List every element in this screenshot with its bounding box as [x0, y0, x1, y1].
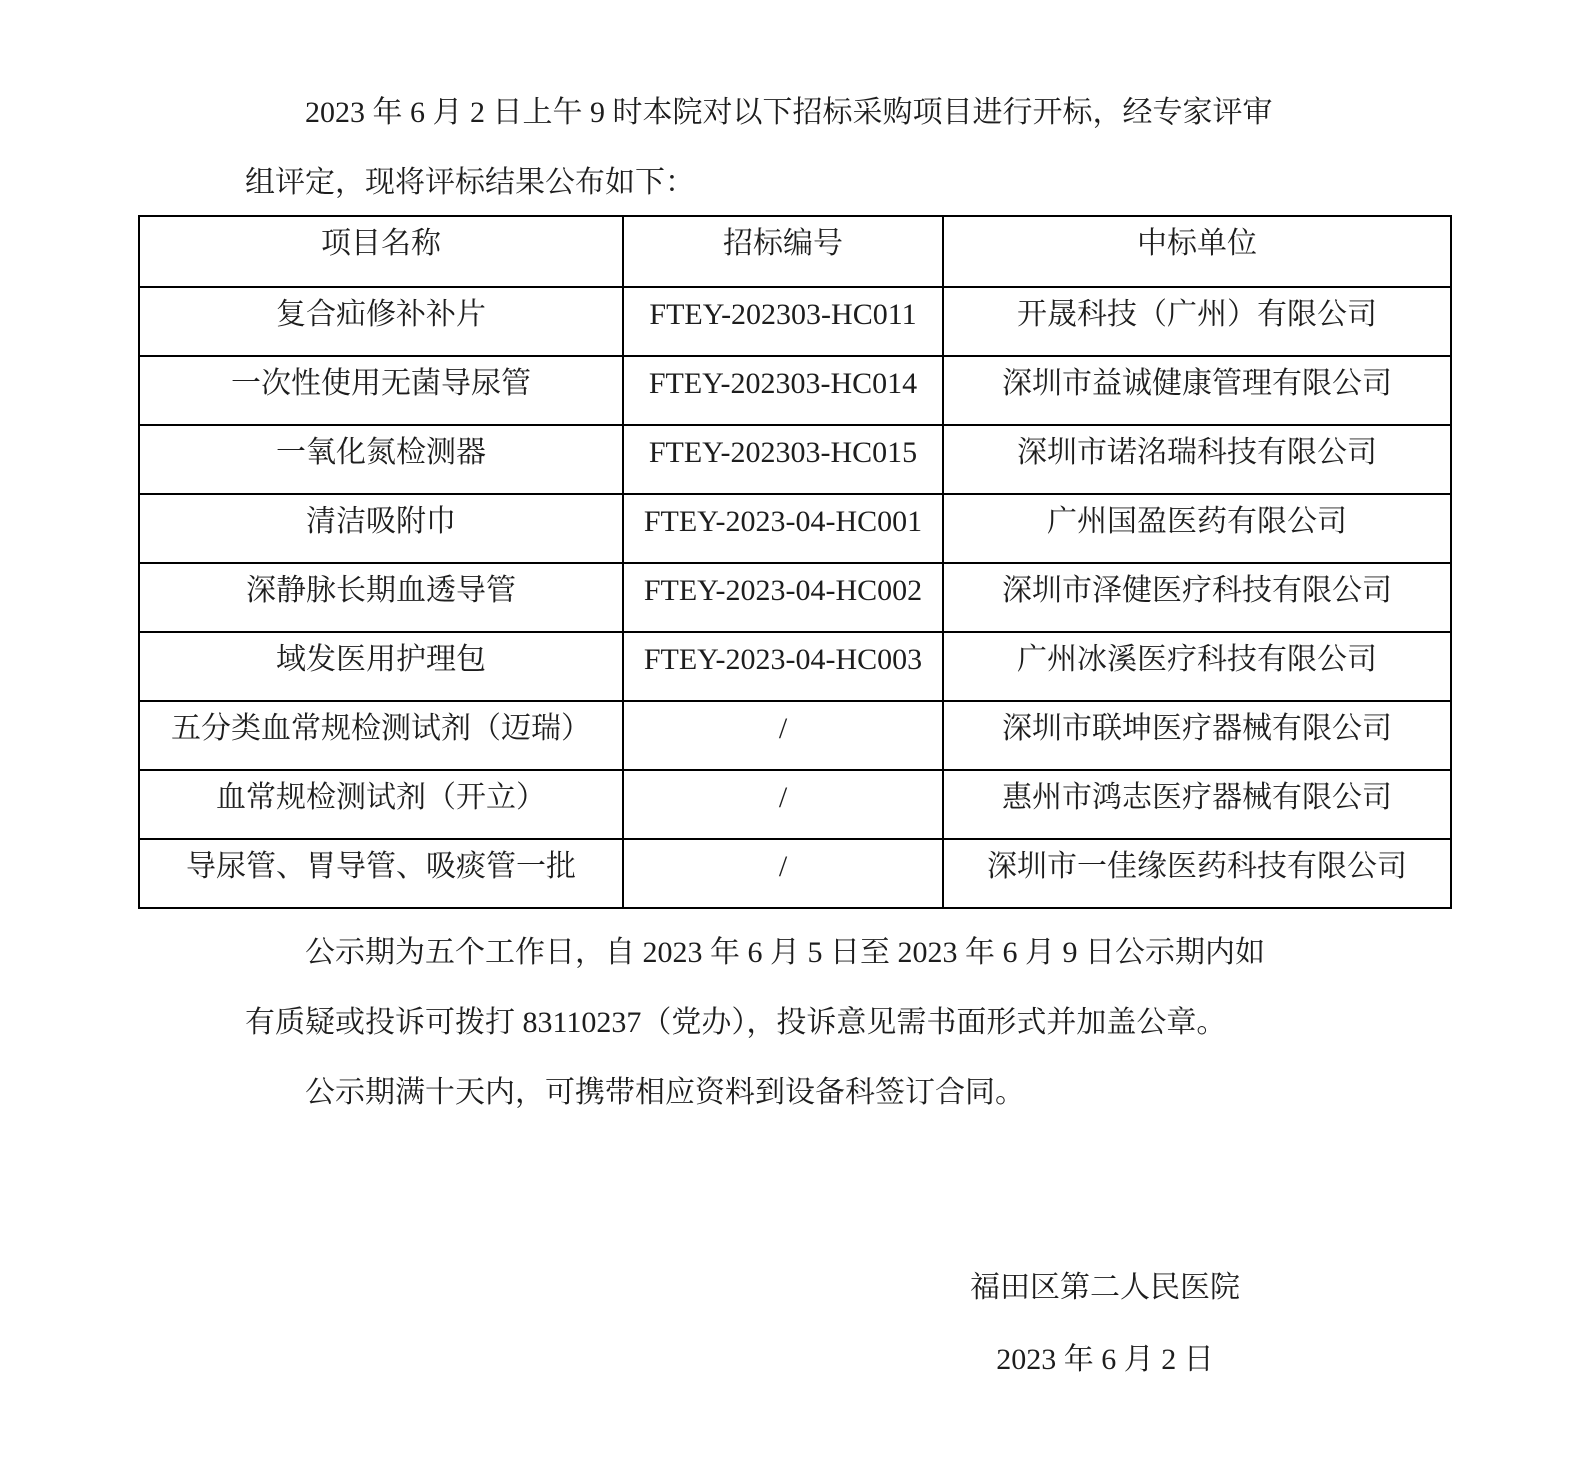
notice-line-3: 公示期满十天内，可携带相应资料到设备科签订合同。	[245, 1058, 1265, 1128]
cell-winning-bidder: 广州国盈医药有限公司	[943, 494, 1451, 563]
table-row: 深静脉长期血透导管 FTEY-2023-04-HC002 深圳市泽健医疗科技有限…	[139, 563, 1451, 632]
cell-project-name: 深静脉长期血透导管	[139, 563, 623, 632]
cell-project-name: 复合疝修补补片	[139, 287, 623, 356]
table-row: 一次性使用无菌导尿管 FTEY-202303-HC014 深圳市益诚健康管理有限…	[139, 356, 1451, 425]
cell-winning-bidder: 广州冰溪医疗科技有限公司	[943, 632, 1451, 701]
header-project-name: 项目名称	[139, 216, 623, 287]
cell-tender-number: FTEY-202303-HC014	[623, 356, 943, 425]
cell-tender-number: /	[623, 701, 943, 770]
table-row: 域发医用护理包 FTEY-2023-04-HC003 广州冰溪医疗科技有限公司	[139, 632, 1451, 701]
cell-project-name: 五分类血常规检测试剂（迈瑞）	[139, 701, 623, 770]
table-row: 导尿管、胃导管、吸痰管一批 / 深圳市一佳缘医药科技有限公司	[139, 839, 1451, 908]
table-row: 一氧化氮检测器 FTEY-202303-HC015 深圳市诺洺瑞科技有限公司	[139, 425, 1451, 494]
cell-project-name: 一次性使用无菌导尿管	[139, 356, 623, 425]
cell-project-name: 清洁吸附巾	[139, 494, 623, 563]
signature-date: 2023 年 6 月 2 日	[900, 1324, 1310, 1396]
table-header-row: 项目名称 招标编号 中标单位	[139, 216, 1451, 287]
intro-line-1: 2023 年 6 月 2 日上午 9 时本院对以下招标采购项目进行开标，经专家评…	[245, 78, 1273, 148]
signature-org: 福田区第二人民医院	[900, 1252, 1310, 1324]
notice-line-2: 有质疑或投诉可拨打 83110237（党办），投诉意见需书面形式并加盖公章。	[245, 988, 1265, 1058]
cell-tender-number: FTEY-2023-04-HC001	[623, 494, 943, 563]
header-tender-number: 招标编号	[623, 216, 943, 287]
table-row: 血常规检测试剂（开立） / 惠州市鸿志医疗器械有限公司	[139, 770, 1451, 839]
cell-tender-number: /	[623, 770, 943, 839]
cell-tender-number: FTEY-202303-HC011	[623, 287, 943, 356]
cell-project-name: 域发医用护理包	[139, 632, 623, 701]
notice-paragraph: 公示期为五个工作日，自 2023 年 6 月 5 日至 2023 年 6 月 9…	[245, 918, 1265, 1128]
signature-block: 福田区第二人民医院 2023 年 6 月 2 日	[900, 1252, 1310, 1396]
intro-line-2: 组评定，现将评标结果公布如下：	[245, 148, 1273, 218]
bid-results-table: 项目名称 招标编号 中标单位 复合疝修补补片 FTEY-202303-HC011…	[138, 215, 1452, 909]
cell-winning-bidder: 深圳市联坤医疗器械有限公司	[943, 701, 1451, 770]
cell-project-name: 一氧化氮检测器	[139, 425, 623, 494]
table-row: 复合疝修补补片 FTEY-202303-HC011 开晟科技（广州）有限公司	[139, 287, 1451, 356]
header-winning-bidder: 中标单位	[943, 216, 1451, 287]
cell-winning-bidder: 深圳市诺洺瑞科技有限公司	[943, 425, 1451, 494]
cell-tender-number: FTEY-202303-HC015	[623, 425, 943, 494]
cell-winning-bidder: 深圳市益诚健康管理有限公司	[943, 356, 1451, 425]
cell-project-name: 血常规检测试剂（开立）	[139, 770, 623, 839]
cell-project-name: 导尿管、胃导管、吸痰管一批	[139, 839, 623, 908]
table-row: 五分类血常规检测试剂（迈瑞） / 深圳市联坤医疗器械有限公司	[139, 701, 1451, 770]
intro-paragraph: 2023 年 6 月 2 日上午 9 时本院对以下招标采购项目进行开标，经专家评…	[245, 78, 1273, 218]
cell-winning-bidder: 深圳市一佳缘医药科技有限公司	[943, 839, 1451, 908]
cell-winning-bidder: 开晟科技（广州）有限公司	[943, 287, 1451, 356]
document-page: 2023 年 6 月 2 日上午 9 时本院对以下招标采购项目进行开标，经专家评…	[0, 0, 1587, 1459]
cell-winning-bidder: 惠州市鸿志医疗器械有限公司	[943, 770, 1451, 839]
notice-line-1: 公示期为五个工作日，自 2023 年 6 月 5 日至 2023 年 6 月 9…	[245, 918, 1265, 988]
cell-tender-number: FTEY-2023-04-HC003	[623, 632, 943, 701]
cell-winning-bidder: 深圳市泽健医疗科技有限公司	[943, 563, 1451, 632]
cell-tender-number: /	[623, 839, 943, 908]
cell-tender-number: FTEY-2023-04-HC002	[623, 563, 943, 632]
table-row: 清洁吸附巾 FTEY-2023-04-HC001 广州国盈医药有限公司	[139, 494, 1451, 563]
